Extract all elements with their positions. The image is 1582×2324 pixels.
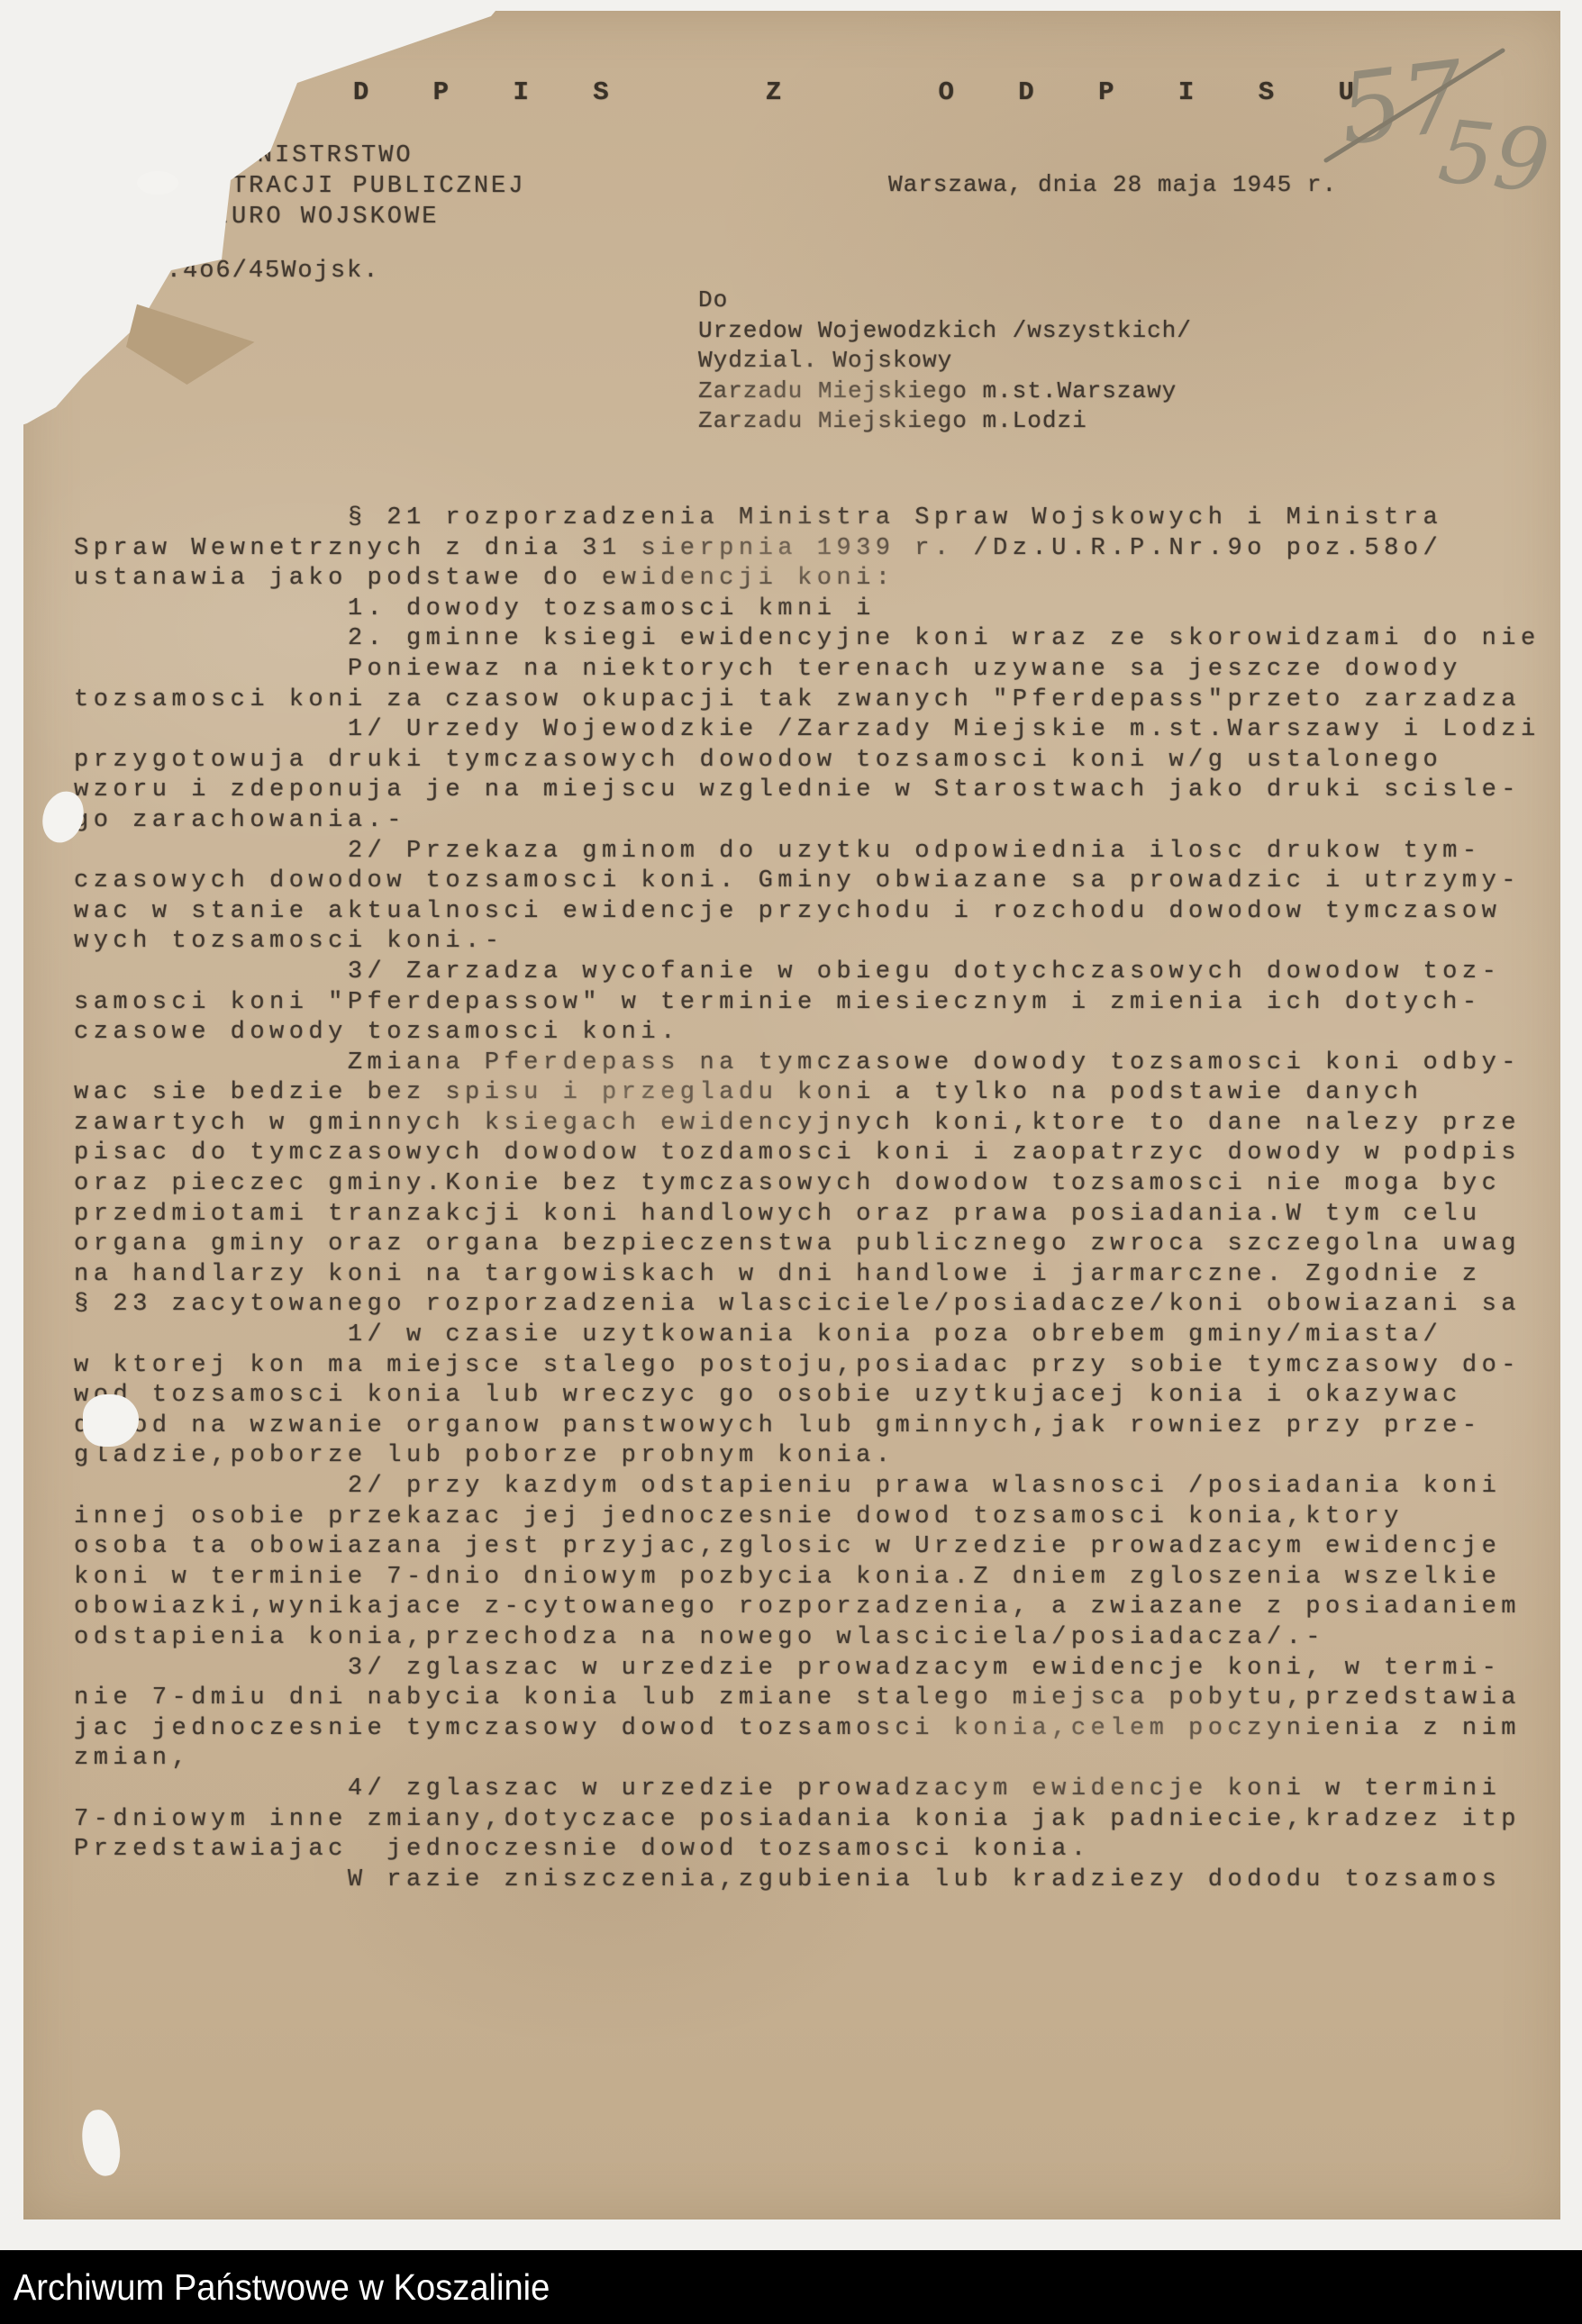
typed-line: osoba ta obowiazana jest przyjac,zglosic… — [74, 1533, 1541, 1564]
typed-line: 3/ Zarzadza wycofanie w obiegu dotychcza… — [74, 958, 1541, 989]
typed-line: 1. dowody tozsamosci kmni i — [74, 595, 1541, 626]
place-and-date: Warszawa, dnia 28 maja 1945 r. — [888, 171, 1337, 198]
typed-line: wac sie bedzie bez spisu i przegladu kon… — [74, 1079, 1541, 1110]
typed-line: odstapienia konia,przechodza na nowego w… — [74, 1624, 1541, 1655]
typed-line: przygotowuja druki tymczasowych dowodow … — [74, 747, 1541, 777]
typed-line: § 21 rozporzadzenia Ministra Spraw Wojsk… — [74, 504, 1541, 535]
typed-line: tozsamosci koni za czasow okupacji tak z… — [74, 686, 1541, 717]
typed-line: 4/ zglaszac w urzedzie prowadzacym ewide… — [74, 1775, 1541, 1806]
typed-line: na handlarzy koni na targowiskach w dni … — [74, 1261, 1541, 1292]
typed-line: go zarachowania.- — [74, 807, 1541, 838]
recipient-line: Wydzial. Wojskowy — [698, 347, 1192, 377]
typed-line: 1/ w czasie uzytkowania konia poza obreb… — [74, 1321, 1541, 1352]
typed-line: 1/ Urzedy Wojewodzkie /Zarzady Miejskie … — [74, 716, 1541, 747]
recipient-line: Zarzadu Miejskiego m.st.Warszawy — [698, 377, 1192, 408]
typed-line: organa gminy oraz organa bezpieczenstwa … — [74, 1230, 1541, 1261]
typed-line: zmian, — [74, 1745, 1541, 1775]
typed-line: W razie zniszczenia,zgubienia lub kradzi… — [74, 1866, 1541, 1897]
recipient-line: Do — [698, 286, 1192, 317]
typed-line: przedmiotami tranzakcji koni handlowych … — [74, 1201, 1541, 1231]
typed-line: wzoru i zdeponuja je na miejscu wzgledni… — [74, 776, 1541, 807]
typed-line: czasowe dowody tozsamosci koni. — [74, 1019, 1541, 1049]
archive-watermark-bar: Archiwum Państwowe w Koszalinie — [0, 2250, 1582, 2324]
typed-line: Zmiana Pferdepass na tymczasowe dowody t… — [74, 1049, 1541, 1080]
paper-hole — [137, 171, 178, 195]
recipients-block: DoUrzedow Wojewodzkich /wszystkich/Wydzi… — [698, 286, 1192, 438]
typed-line: 2/ Przekaza gminom do uzytku odpowiednia… — [74, 838, 1541, 868]
recipient-line: Urzedow Wojewodzkich /wszystkich/ — [698, 317, 1192, 348]
typed-line: koni w terminie 7-dnio dniowym pozbycia … — [74, 1564, 1541, 1594]
scan-margin-bottom — [0, 2220, 1582, 2252]
folio-number: 59 — [1434, 101, 1554, 213]
typed-line: 2/ przy kazdym odstapieniu prawa wlasnos… — [74, 1473, 1541, 1503]
typed-line: innej osobie przekazac jej jednoczesnie … — [74, 1503, 1541, 1534]
typed-line: wod tozsamosci konia lub wreczyc go osob… — [74, 1382, 1541, 1412]
scan-margin-top — [0, 0, 1582, 11]
typed-line: obowiazki,wynikajace z-cytowanego rozpor… — [74, 1593, 1541, 1624]
typed-line: czasowych dowodow tozsamosci koni. Gminy… — [74, 867, 1541, 898]
recipient-line: Zarzadu Miejskiego m.Lodzi — [698, 407, 1192, 438]
typed-line: wych tozsamosci koni.- — [74, 928, 1541, 958]
typed-line: oraz pieczec gminy.Konie bez tymczasowyc… — [74, 1170, 1541, 1201]
pencil-page-numbers: 57 59 — [1288, 16, 1568, 214]
typed-line: gladzie,poborze lub poborze probnym koni… — [74, 1442, 1541, 1473]
typed-line: dowod na wzwanie organow panstwowych lub… — [74, 1412, 1541, 1443]
typed-line: 3/ zglaszac w urzedzie prowadzacym ewide… — [74, 1655, 1541, 1685]
typed-line: Przedstawiajac jednoczesnie dowod tozsam… — [74, 1836, 1541, 1866]
typed-line: § 23 zacytowanego rozporzadzenia wlascic… — [74, 1291, 1541, 1321]
typed-line: Poniewaz na niektorych terenach uzywane … — [74, 656, 1541, 686]
typed-line: 7-dniowym inne zmiany,dotyczace posiadan… — [74, 1806, 1541, 1837]
typed-line: 2. gminne ksiegi ewidencyjne koni wraz z… — [74, 625, 1541, 656]
letter-body: § 21 rozporzadzenia Ministra Spraw Wojsk… — [74, 504, 1541, 1896]
scan-margin-left — [0, 0, 23, 2324]
typed-line: zawartych w gminnych ksiegach ewidencyjn… — [74, 1110, 1541, 1140]
typed-line: wac w stanie aktualnosci ewidencje przyc… — [74, 898, 1541, 929]
typed-line: ustanawia jako podstawe do ewidencji kon… — [74, 565, 1541, 595]
typed-line: pisac do tymczasowych dowodow tozdamosci… — [74, 1139, 1541, 1170]
typed-line: Spraw Wewnetrznych z dnia 31 sierpnia 19… — [74, 535, 1541, 566]
typed-line: samosci koni "Pferdepassow" w terminie m… — [74, 989, 1541, 1020]
archive-name-label: Archiwum Państwowe w Koszalinie — [0, 2266, 550, 2309]
typed-line: jac jednoczesnie tymczasowy dowod tozsam… — [74, 1715, 1541, 1746]
scan-margin-right — [1560, 0, 1582, 2324]
typed-line: nie 7-dmiu dni nabycia konia lub zmiane … — [74, 1684, 1541, 1715]
typed-line: w ktorej kon ma miejsce stalego postoju,… — [74, 1352, 1541, 1383]
